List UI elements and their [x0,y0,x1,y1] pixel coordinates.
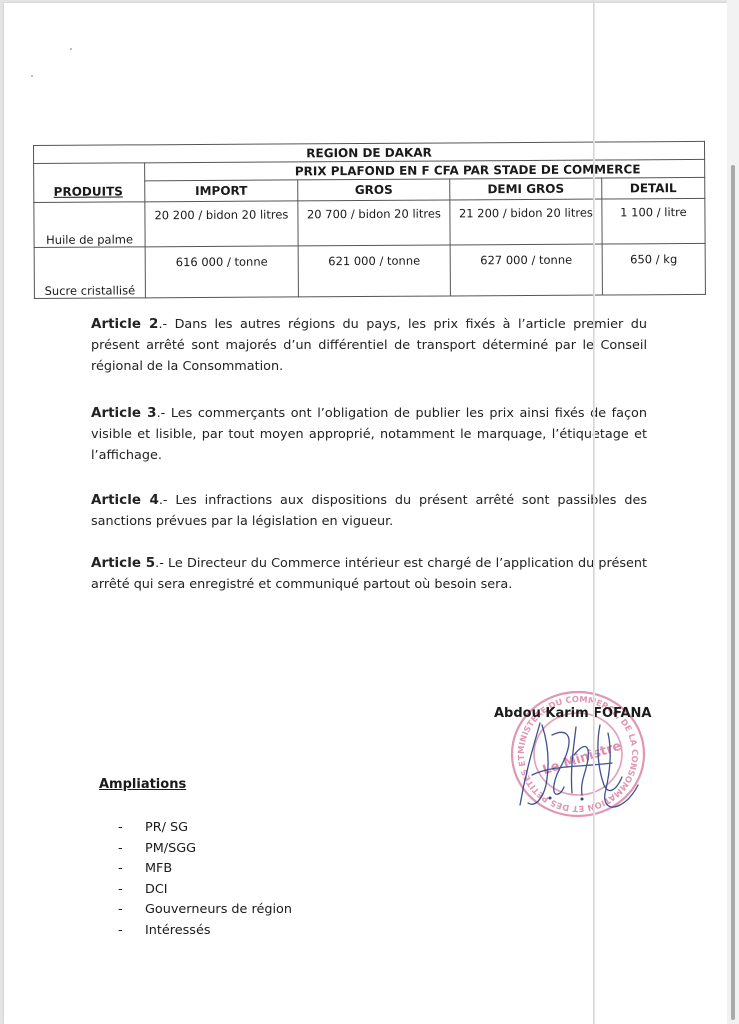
article-5: Article 5.- Le Directeur du Commerce int… [91,553,647,595]
stade-header-gros: GROS [298,179,450,201]
dash-bullet-icon: - [118,900,123,921]
product-name: Huile de palme [34,202,145,248]
list-item: -MFB [118,859,292,880]
price-table: REGION DE DAKAR PRODUITS PRIX PLAFOND EN… [33,141,706,299]
price-cell: 20 700 / bidon 20 litres [298,200,450,246]
article-label: Article 3 [91,405,157,421]
list-item-label: Gouverneurs de région [145,902,292,917]
dash-bullet-icon: - [118,880,123,901]
dash-bullet-icon: - [118,818,123,839]
price-cell: 650 / kg [602,243,705,295]
article-3: Article 3.- Les commerçants ont l’obliga… [91,403,647,466]
price-cell: 627 000 / tonne [450,244,602,296]
dash-bullet-icon: - [118,859,123,880]
article-text: .- Les infractions aux dispositions du p… [91,493,647,529]
product-name: Sucre cristallisé [34,247,145,299]
article-label: Article 5 [91,555,155,571]
price-cell: 616 000 / tonne [145,246,298,298]
list-item-label: PM/SGG [145,841,196,856]
list-item: -Gouverneurs de région [118,900,292,921]
article-4: Article 4.- Les infractions aux disposit… [91,490,647,532]
list-item-label: PR/ SG [145,820,188,835]
dash-bullet-icon: - [118,839,123,860]
article-2: Article 2.- Dans les autres régions du p… [91,314,647,377]
article-text: .- Les commerçants ont l’obligation de p… [91,406,647,463]
scan-speck [70,48,72,50]
article-label: Article 2 [91,316,158,332]
table-row: Sucre cristallisé 616 000 / tonne 621 00… [34,243,705,298]
ampliations-title: Ampliations [99,777,186,792]
scrollbar-thumb[interactable] [731,165,735,1020]
price-cell: 20 200 / bidon 20 litres [145,201,298,247]
ampliations-list: -PR/ SG -PM/SGG -MFB -DCI -Gouverneurs d… [118,818,292,941]
price-cell: 1 100 / litre [602,198,705,244]
list-item-label: Intéressés [145,923,211,938]
list-item-label: DCI [145,882,168,897]
scan-speck [31,75,33,77]
article-text: .- Le Directeur du Commerce intérieur es… [91,556,647,592]
stade-header-detail: DETAIL [602,177,705,199]
list-item-label: MFB [145,861,172,876]
article-text: .- Dans les autres régions du pays, les … [91,317,647,374]
list-item: -Intéressés [118,921,292,942]
handwritten-signature-icon [512,715,642,815]
price-cell: 621 000 / tonne [298,245,450,297]
produits-header: PRODUITS [34,163,145,203]
scrollbar[interactable] [727,0,739,1024]
list-item: -PR/ SG [118,818,292,839]
list-item: -PM/SGG [118,839,292,860]
list-item: -DCI [118,880,292,901]
price-cell: 21 200 / bidon 20 litres [450,199,602,245]
article-label: Article 4 [91,492,159,508]
dash-bullet-icon: - [118,921,123,942]
table-row: Huile de palme 20 200 / bidon 20 litres … [34,198,705,247]
stade-header-demi-gros: DEMI GROS [450,178,602,200]
stade-header-import: IMPORT [145,180,298,202]
